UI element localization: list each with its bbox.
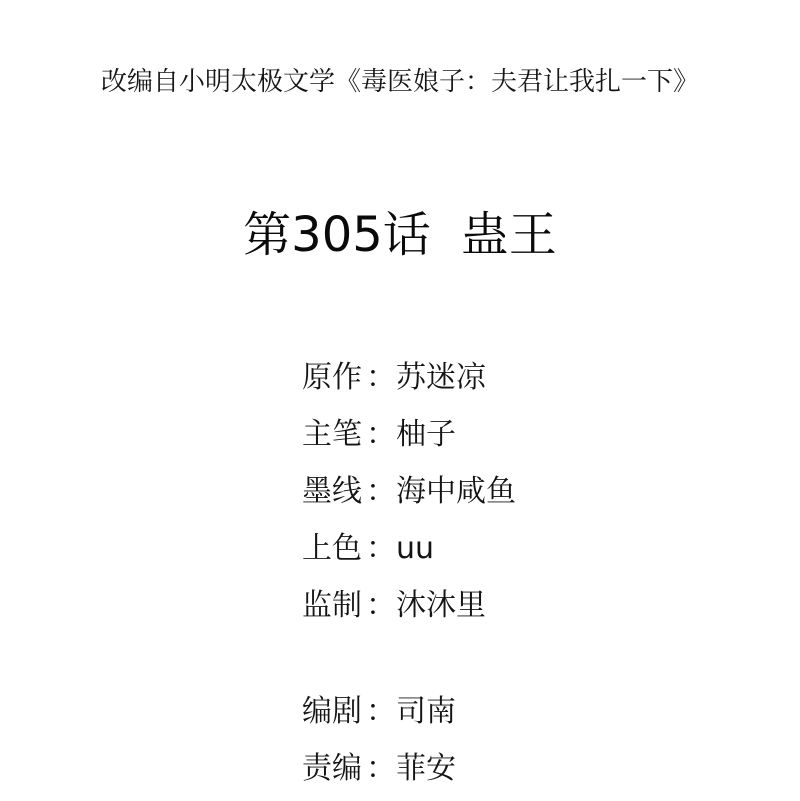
credit-row-screenwriter: 编剧：司南: [302, 690, 456, 734]
credit-role: 监制: [302, 584, 362, 628]
credit-name: 海中咸鱼: [396, 470, 516, 514]
credit-name: 沐沐里: [396, 584, 486, 628]
credit-separator: ：: [362, 413, 396, 457]
credit-name: 司南: [396, 690, 456, 734]
credit-separator: ：: [362, 527, 396, 571]
credit-separator: ：: [362, 690, 396, 734]
credit-row-original-author: 原作：苏迷凉: [302, 356, 486, 400]
credit-name: uu: [396, 527, 434, 571]
credit-role: 墨线: [302, 470, 362, 514]
chapter-name: 蛊王: [461, 207, 557, 263]
credit-separator: ：: [362, 747, 396, 791]
chapter-number: 第305话: [243, 207, 431, 263]
credit-row-colorist: 上色：uu: [302, 527, 434, 571]
credit-role: 原作: [302, 356, 362, 400]
credit-row-supervisor: 监制：沐沐里: [302, 584, 486, 628]
credit-role: 编剧: [302, 690, 362, 734]
credit-role: 上色: [302, 527, 362, 571]
credit-row-inker: 墨线：海中咸鱼: [302, 470, 516, 514]
credit-name: 菲安: [396, 747, 456, 791]
credit-name: 柚子: [396, 413, 456, 457]
credit-separator: ：: [362, 470, 396, 514]
credit-name: 苏迷凉: [396, 356, 486, 400]
credit-row-lead-artist: 主笔：柚子: [302, 413, 456, 457]
credit-role: 主笔: [302, 413, 362, 457]
credit-separator: ：: [362, 356, 396, 400]
credit-separator: ：: [362, 584, 396, 628]
credit-role: 责编: [302, 747, 362, 791]
source-attribution: 改编自小明太极文学《毒医娘子：夫君让我扎一下》: [0, 62, 800, 102]
credit-row-editor: 责编：菲安: [302, 747, 456, 791]
chapter-title: 第305话蛊王: [0, 200, 800, 270]
